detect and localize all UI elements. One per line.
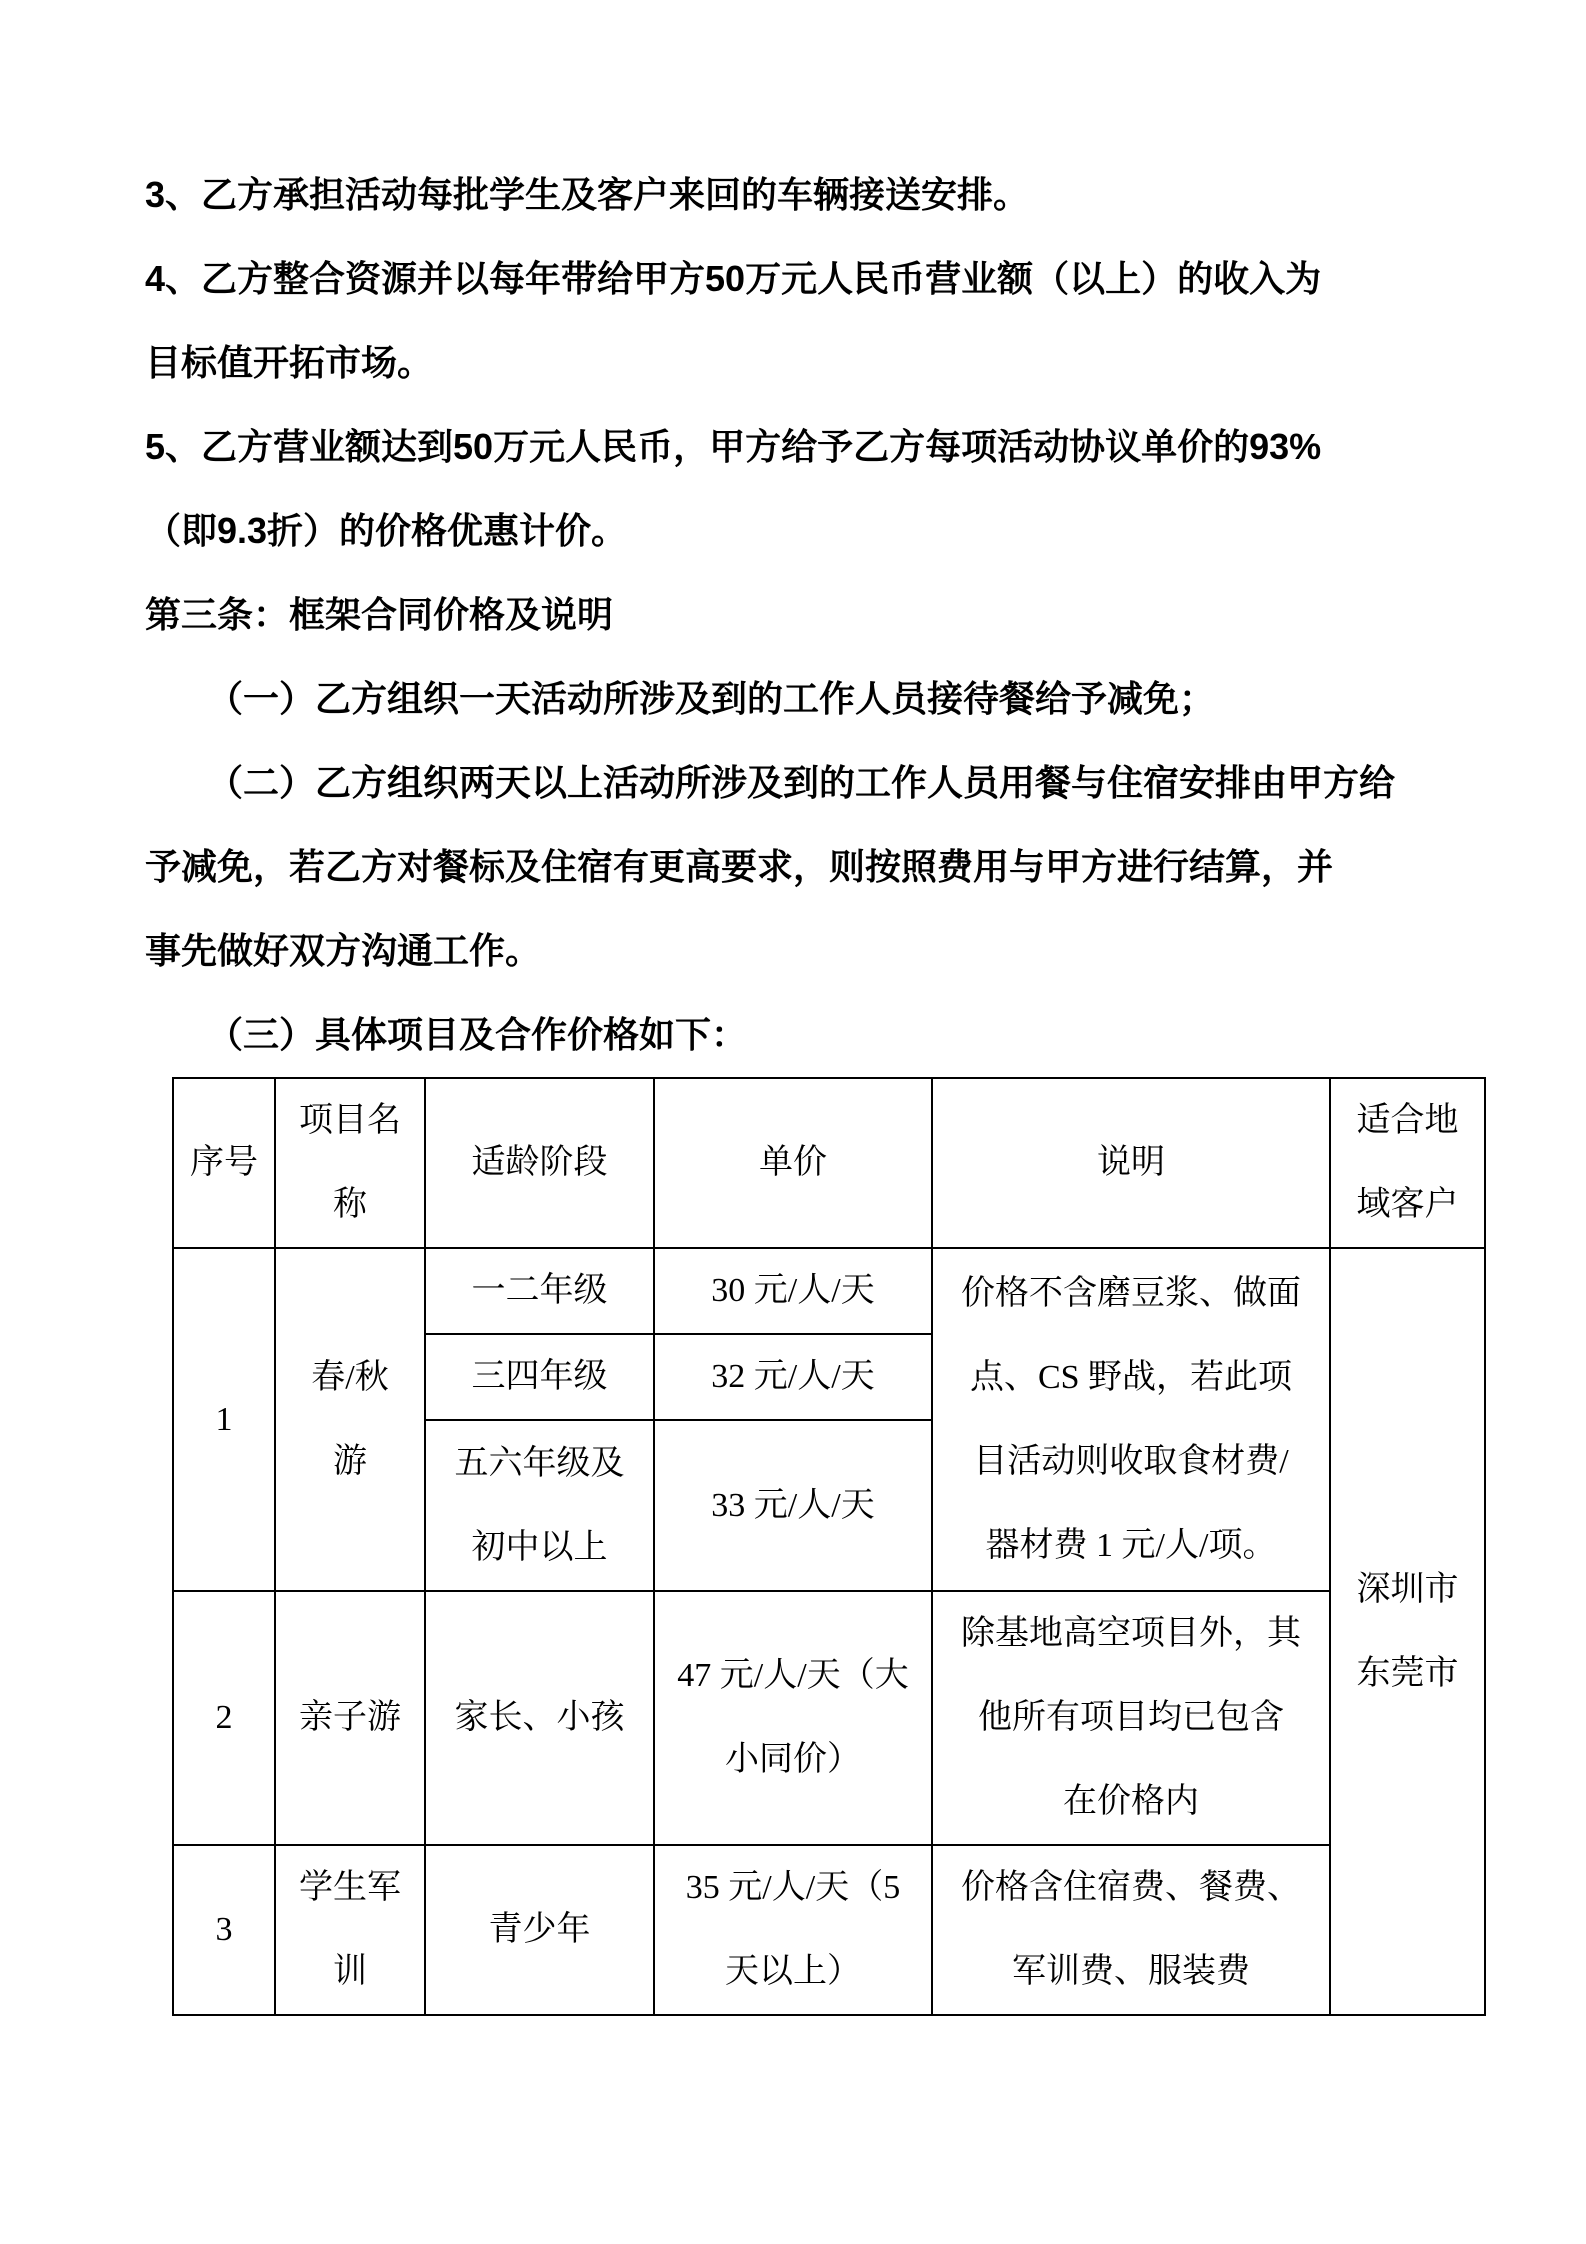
cell-line: 春/秋 [276, 1336, 424, 1420]
col-header-region: 适合地域客户 [1330, 1078, 1485, 1248]
cell-age-1-2: 三四年级 [425, 1334, 654, 1420]
table-header-row: 序号 项目名称 适龄阶段 单价 说明 适合地域客户 [173, 1078, 1485, 1248]
clause-5-line-1: 5、乙方营业额达到50万元人民币，甲方给予乙方每项活动协议单价的93% [145, 405, 1447, 489]
cell-line: 深圳市 [1331, 1548, 1484, 1632]
cell-line: 目活动则收取食材费/ [933, 1420, 1329, 1504]
cell-region: 深圳市东莞市 [1330, 1248, 1485, 2015]
cell-line: 称 [276, 1163, 424, 1247]
cell-project-2: 亲子游 [275, 1591, 425, 1845]
cell-line: 32 元/人/天 [655, 1335, 931, 1419]
cell-desc-2: 除基地高空项目外，其他所有项目均已包含在价格内 [932, 1591, 1330, 1845]
cell-line: 适龄阶段 [426, 1121, 653, 1205]
cell-project-3: 学生军训 [275, 1845, 425, 2015]
cell-desc-1: 价格不含磨豆浆、做面点、CS 野战，若此项目活动则收取食材费/器材费 1 元/人… [932, 1248, 1330, 1591]
clause-3: 3、乙方承担活动每批学生及客户来回的车辆接送安排。 [145, 153, 1447, 237]
cell-line: 33 元/人/天 [655, 1464, 931, 1548]
cell-price-2: 47 元/人/天（大小同价） [654, 1591, 932, 1845]
cell-age-2: 家长、小孩 [425, 1591, 654, 1845]
contract-body-text: 3、乙方承担活动每批学生及客户来回的车辆接送安排。 4、乙方整合资源并以每年带给… [0, 0, 1447, 1077]
item-2-line-1: （二）乙方组织两天以上活动所涉及到的工作人员用餐与住宿安排由甲方给 [145, 741, 1447, 825]
cell-line: 小同价） [655, 1718, 931, 1802]
clause-4-line-2: 目标值开拓市场。 [145, 321, 1447, 405]
cell-line: 47 元/人/天（大 [655, 1634, 931, 1718]
article-3-heading: 第三条：框架合同价格及说明 [145, 573, 1447, 657]
cell-price-3: 35 元/人/天（5天以上） [654, 1845, 932, 2015]
cell-line: 35 元/人/天（5 [655, 1846, 931, 1930]
cell-line: 说明 [933, 1121, 1329, 1205]
cell-line: 五六年级及 [426, 1422, 653, 1506]
cell-line: 项目名 [276, 1079, 424, 1163]
cell-line: 亲子游 [276, 1676, 424, 1760]
cell-price-1-2: 32 元/人/天 [654, 1334, 932, 1420]
cell-index-2: 2 [173, 1591, 275, 1845]
cell-line: 价格含住宿费、餐费、 [933, 1846, 1329, 1930]
cell-line: 东莞市 [1331, 1632, 1484, 1716]
item-2-line-2: 予减免，若乙方对餐标及住宿有更高要求，则按照费用与甲方进行结算，并 [145, 825, 1447, 909]
cell-line: 家长、小孩 [426, 1676, 653, 1760]
cell-line: 器材费 1 元/人/项。 [933, 1504, 1329, 1588]
cell-line: 一二年级 [426, 1249, 653, 1333]
cell-desc-3: 价格含住宿费、餐费、军训费、服装费 [932, 1845, 1330, 2015]
col-header-desc: 说明 [932, 1078, 1330, 1248]
clause-5-line-2: （即9.3折）的价格优惠计价。 [145, 489, 1447, 573]
cell-age-1-1: 一二年级 [425, 1248, 654, 1334]
price-table: 序号 项目名称 适龄阶段 单价 说明 适合地域客户 1 春/秋游 一二年级 30… [172, 1077, 1486, 2016]
cell-line: 单价 [655, 1121, 931, 1205]
cell-line: 价格不含磨豆浆、做面 [933, 1252, 1329, 1336]
cell-line: 30 元/人/天 [655, 1249, 931, 1333]
cell-line: 序号 [174, 1121, 274, 1205]
cell-price-1-3: 33 元/人/天 [654, 1420, 932, 1591]
cell-line: 训 [276, 1930, 424, 2014]
item-2-line-3: 事先做好双方沟通工作。 [145, 909, 1447, 993]
table-row-1-sub-1: 1 春/秋游 一二年级 30 元/人/天 价格不含磨豆浆、做面点、CS 野战，若… [173, 1248, 1485, 1334]
contract-document-page: 3、乙方承担活动每批学生及客户来回的车辆接送安排。 4、乙方整合资源并以每年带给… [0, 0, 1586, 2244]
cell-line: 军训费、服装费 [933, 1930, 1329, 2014]
cell-line: 域客户 [1331, 1163, 1484, 1247]
cell-project-1: 春/秋游 [275, 1248, 425, 1591]
cell-line: 三四年级 [426, 1335, 653, 1419]
col-header-age: 适龄阶段 [425, 1078, 654, 1248]
cell-age-1-3: 五六年级及初中以上 [425, 1420, 654, 1591]
cell-line: 初中以上 [426, 1506, 653, 1590]
cell-line: 点、CS 野战，若此项 [933, 1336, 1329, 1420]
col-header-project: 项目名称 [275, 1078, 425, 1248]
cell-index-1: 1 [173, 1248, 275, 1591]
clause-4-line-1: 4、乙方整合资源并以每年带给甲方50万元人民币营业额（以上）的收入为 [145, 237, 1447, 321]
cell-line: 在价格内 [933, 1760, 1329, 1844]
cell-line: 游 [276, 1420, 424, 1504]
cell-line: 天以上） [655, 1930, 931, 2014]
cell-line: 除基地高空项目外，其 [933, 1592, 1329, 1676]
table-row-2: 2 亲子游 家长、小孩 47 元/人/天（大小同价） 除基地高空项目外，其他所有… [173, 1591, 1485, 1845]
item-1: （一）乙方组织一天活动所涉及到的工作人员接待餐给予减免； [145, 657, 1447, 741]
table-row-3: 3 学生军训 青少年 35 元/人/天（5天以上） 价格含住宿费、餐费、军训费、… [173, 1845, 1485, 2015]
col-header-index: 序号 [173, 1078, 275, 1248]
item-3: （三）具体项目及合作价格如下： [145, 993, 1447, 1077]
col-header-price: 单价 [654, 1078, 932, 1248]
cell-index-3: 3 [173, 1845, 275, 2015]
cell-age-3: 青少年 [425, 1845, 654, 2015]
cell-line: 他所有项目均已包含 [933, 1676, 1329, 1760]
cell-price-1-1: 30 元/人/天 [654, 1248, 932, 1334]
cell-line: 学生军 [276, 1846, 424, 1930]
cell-line: 适合地 [1331, 1079, 1484, 1163]
cell-line: 青少年 [426, 1888, 653, 1972]
